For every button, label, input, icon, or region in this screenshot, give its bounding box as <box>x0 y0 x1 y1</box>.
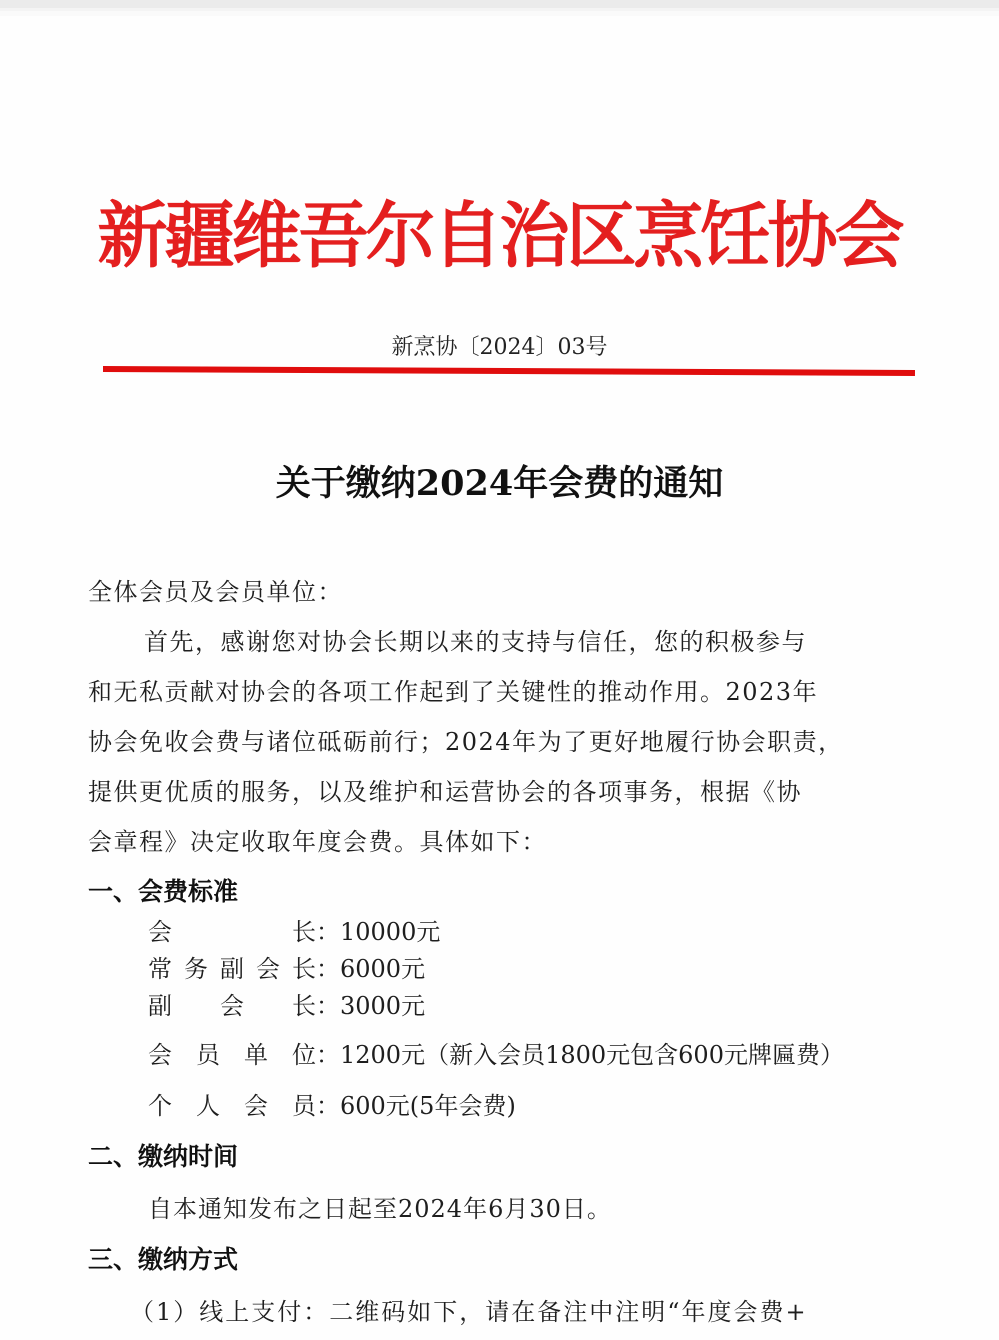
fee-row-vice-president: 副会长：3000元 <box>148 988 425 1024</box>
intro-paragraph: 首先，感谢您对协会长期以来的支持与信任，您的积极参与 和无私贡献对协会的各项工作… <box>88 617 908 867</box>
fee-row-executive-vice-president: 常务副会长：6000元 <box>148 951 425 987</box>
fee-row-individual-member: 个人会员：600元(5年会费) <box>148 1088 516 1124</box>
fee-value: 3000元 <box>340 988 425 1024</box>
salutation: 全体会员及会员单位： <box>88 567 908 617</box>
fee-row-member-unit: 会员单位：1200元（新入会员1800元包含600元牌匾费） <box>148 1037 844 1073</box>
fee-label: 常务副会长 <box>148 951 316 987</box>
payment-method-online: （1）线上支付：二维码如下，请在备注中注明“年度会费+ <box>130 1292 808 1332</box>
fee-colon: ： <box>316 914 340 950</box>
fee-label: 个人会员 <box>148 1088 316 1124</box>
intro-line: 提供更优质的服务，以及维护和运营协会的各项事务，根据《协 <box>88 767 908 817</box>
intro-line: 会章程》决定收取年度会费。具体如下： <box>88 817 908 867</box>
document-title: 关于缴纳2024年会费的通知 <box>0 462 999 506</box>
fee-value: 10000元 <box>340 914 440 950</box>
organization-masthead: 新疆维吾尔自治区烹饪协会 <box>0 195 999 277</box>
intro-line: 首先，感谢您对协会长期以来的支持与信任，您的积极参与 <box>88 617 908 667</box>
payment-deadline-text: 自本通知发布之日起至2024年6月30日。 <box>148 1189 612 1229</box>
fee-value: 600元(5年会费) <box>340 1088 516 1124</box>
document-number: 新烹协〔2024〕03号 <box>0 333 999 363</box>
intro-line: 协会免收会费与诸位砥砺前行；2024年为了更好地履行协会职责， <box>88 717 908 767</box>
fee-label: 会长 <box>148 914 316 950</box>
fee-colon: ： <box>316 1037 340 1073</box>
fee-colon: ： <box>316 951 340 987</box>
section-heading-fee-standard: 一、会费标准 <box>88 872 238 912</box>
fee-value: 6000元 <box>340 951 425 987</box>
section-heading-payment-time: 二、缴纳时间 <box>88 1137 238 1177</box>
fee-colon: ： <box>316 1088 340 1124</box>
fee-value: 1200元（新入会员1800元包含600元牌匾费） <box>340 1037 844 1073</box>
fee-row-president: 会长：10000元 <box>148 914 440 950</box>
fee-label: 会员单位 <box>148 1037 316 1073</box>
intro-line: 和无私贡献对协会的各项工作起到了关键性的推动作用。2023年 <box>88 667 908 717</box>
viewer-top-bar <box>0 0 999 8</box>
section-heading-payment-method: 三、缴纳方式 <box>88 1240 238 1280</box>
fee-colon: ： <box>316 988 340 1024</box>
fee-label: 副会长 <box>148 988 316 1024</box>
